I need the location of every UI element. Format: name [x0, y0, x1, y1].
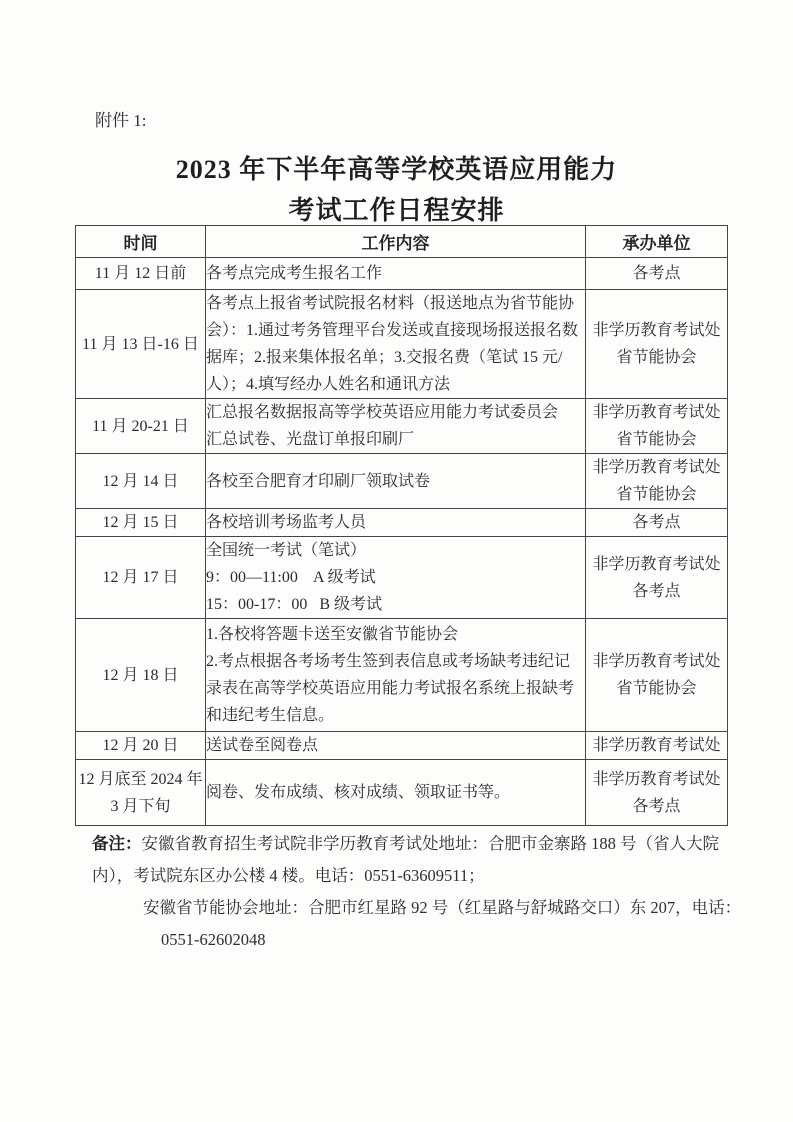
cell-organizer-line: 非学历教育考试处	[586, 454, 727, 481]
cell-work-content-line: 汇总试卷、光盘订单报印刷厂	[206, 426, 585, 453]
cell-organizer-line: 非学历教育考试处	[586, 766, 727, 793]
cell-organizer-line: 各考点	[586, 793, 727, 820]
note-label: 备注：	[92, 834, 142, 853]
cell-organizer-line: 省节能协会	[586, 675, 727, 702]
cell-work-content-line: 各校培训考场监考人员	[206, 509, 585, 536]
notes-section: 备注：安徽省教育招生考试院非学历教育考试处地址：合肥市金寨路 188 号（省人大…	[92, 828, 732, 956]
cell-organizer-line: 各考点	[586, 578, 727, 605]
cell-time-line: 3 月下旬	[76, 793, 205, 820]
cell-work-content: 各考点上报省考试院报名材料（报送地点为省节能协会）：1.通过考务管理平台发送或直…	[206, 290, 586, 399]
cell-organizer-line: 省节能协会	[586, 426, 727, 453]
cell-work-content-line: 2.考点根据各考场考生签到表信息或考场缺考违纪记	[206, 648, 585, 675]
cell-organizer-line: 非学历教育考试处	[586, 648, 727, 675]
cell-work-content-line: 全国统一考试（笔试）	[206, 537, 585, 564]
schedule-table: 时间 工作内容 承办单位 11 月 12 日前各考点完成考生报名工作各考点11 …	[75, 225, 728, 826]
cell-work-content-line: 各考点上报省考试院报名材料（报送地点为省节能协	[206, 290, 585, 317]
attachment-label: 附件 1:	[95, 106, 146, 131]
table-row: 11 月 12 日前各考点完成考生报名工作各考点	[76, 258, 728, 290]
cell-organizer: 非学历教育考试处省节能协会	[586, 619, 728, 732]
cell-work-content-line: 1.各校将答题卡送至安徽省节能协会	[206, 621, 585, 648]
cell-time: 12 月 20 日	[76, 732, 206, 760]
cell-work-content-line: 汇总报名数据报高等学校英语应用能力考试委员会	[206, 399, 585, 426]
cell-time: 11 月 12 日前	[76, 258, 206, 290]
cell-time-line: 12 月底至 2024 年	[76, 766, 205, 793]
cell-time-line: 12 月 20 日	[76, 732, 205, 759]
cell-organizer: 各考点	[586, 509, 728, 537]
table-row: 11 月 20-21 日汇总报名数据报高等学校英语应用能力考试委员会汇总试卷、光…	[76, 399, 728, 454]
table-row: 12 月 20 日送试卷至阅卷点非学历教育考试处	[76, 732, 728, 760]
cell-time: 12 月 17 日	[76, 537, 206, 619]
cell-work-content: 1.各校将答题卡送至安徽省节能协会2.考点根据各考场考生签到表信息或考场缺考违纪…	[206, 619, 586, 732]
cell-work-content: 各校培训考场监考人员	[206, 509, 586, 537]
cell-organizer-line: 非学历教育考试处	[586, 317, 727, 344]
cell-work-content: 阅卷、发布成绩、核对成绩、领取证书等。	[206, 760, 586, 826]
document-title-line2: 考试工作日程安排	[0, 190, 793, 227]
cell-organizer: 非学历教育考试处各考点	[586, 537, 728, 619]
cell-organizer: 非学历教育考试处省节能协会	[586, 290, 728, 399]
cell-organizer-line: 各考点	[586, 260, 727, 287]
cell-work-content-line: 据库；2.报来集体报名单；3.交报名费（笔试 15 元/	[206, 344, 585, 371]
header-work-content: 工作内容	[206, 226, 586, 258]
cell-time-line: 12 月 15 日	[76, 509, 205, 536]
cell-organizer: 各考点	[586, 258, 728, 290]
table-row: 12 月 15 日各校培训考场监考人员各考点	[76, 509, 728, 537]
note-line-4: 0551-62602048	[92, 924, 732, 956]
cell-time-line: 12 月 18 日	[76, 662, 205, 689]
cell-work-content-line: 录表在高等学校英语应用能力考试报名系统上报缺考	[206, 675, 585, 702]
note-line-2: 内），考试院东区办公楼 4 楼。电话：0551-63609511；	[92, 860, 732, 892]
cell-time-line: 11 月 12 日前	[76, 260, 205, 287]
header-organizer: 承办单位	[586, 226, 728, 258]
table-row: 12 月 17 日全国统一考试（笔试）9：00—11:00 A 级考试15：00…	[76, 537, 728, 619]
cell-work-content: 各校至合肥育才印刷厂领取试卷	[206, 454, 586, 509]
table-body: 11 月 12 日前各考点完成考生报名工作各考点11 月 13 日-16 日各考…	[76, 258, 728, 826]
cell-organizer: 非学历教育考试处	[586, 732, 728, 760]
cell-time: 12 月 15 日	[76, 509, 206, 537]
cell-work-content-line: 会）：1.通过考务管理平台发送或直接现场报送报名数	[206, 317, 585, 344]
document-page: 附件 1: 2023 年下半年高等学校英语应用能力 考试工作日程安排 时间 工作…	[0, 0, 793, 1122]
cell-organizer: 非学历教育考试处省节能协会	[586, 454, 728, 509]
cell-work-content: 送试卷至阅卷点	[206, 732, 586, 760]
cell-organizer-line: 非学历教育考试处	[586, 551, 727, 578]
table-row: 12 月 18 日1.各校将答题卡送至安徽省节能协会2.考点根据各考场考生签到表…	[76, 619, 728, 732]
cell-work-content: 汇总报名数据报高等学校英语应用能力考试委员会汇总试卷、光盘订单报印刷厂	[206, 399, 586, 454]
cell-time-line: 12 月 14 日	[76, 468, 205, 495]
table-row: 11 月 13 日-16 日各考点上报省考试院报名材料（报送地点为省节能协会）：…	[76, 290, 728, 399]
note-line-1: 备注：安徽省教育招生考试院非学历教育考试处地址：合肥市金寨路 188 号（省人大…	[92, 828, 732, 860]
cell-work-content-line: 阅卷、发布成绩、核对成绩、领取证书等。	[206, 779, 585, 806]
cell-work-content-line: 人）；4.填写经办人姓名和通讯方法	[206, 371, 585, 398]
table-row: 12 月 14 日各校至合肥育才印刷厂领取试卷非学历教育考试处省节能协会	[76, 454, 728, 509]
cell-work-content-line: 送试卷至阅卷点	[206, 732, 585, 759]
header-time: 时间	[76, 226, 206, 258]
cell-work-content: 各考点完成考生报名工作	[206, 258, 586, 290]
cell-time: 12 月底至 2024 年3 月下旬	[76, 760, 206, 826]
cell-organizer: 非学历教育考试处省节能协会	[586, 399, 728, 454]
cell-organizer-line: 非学历教育考试处	[586, 732, 727, 759]
cell-organizer-line: 各考点	[586, 509, 727, 536]
cell-time: 11 月 13 日-16 日	[76, 290, 206, 399]
cell-work-content: 全国统一考试（笔试）9：00—11:00 A 级考试15：00-17：00 B …	[206, 537, 586, 619]
note-line-3: 安徽省节能协会地址：合肥市红星路 92 号（红星路与舒城路交口）东 207，电话…	[92, 892, 732, 924]
document-title-line1: 2023 年下半年高等学校英语应用能力	[0, 149, 793, 186]
cell-time-line: 11 月 20-21 日	[76, 413, 205, 440]
cell-work-content-line: 15：00-17：00 B 级考试	[206, 591, 585, 618]
cell-organizer-line: 省节能协会	[586, 344, 727, 371]
cell-work-content-line: 各考点完成考生报名工作	[206, 260, 585, 287]
cell-time-line: 11 月 13 日-16 日	[76, 331, 205, 358]
table-row: 12 月底至 2024 年3 月下旬阅卷、发布成绩、核对成绩、领取证书等。非学历…	[76, 760, 728, 826]
cell-time: 12 月 18 日	[76, 619, 206, 732]
cell-organizer-line: 省节能协会	[586, 481, 727, 508]
note-text-1: 安徽省教育招生考试院非学历教育考试处地址：合肥市金寨路 188 号（省人大院	[142, 834, 720, 853]
table-header-row: 时间 工作内容 承办单位	[76, 226, 728, 258]
cell-organizer: 非学历教育考试处各考点	[586, 760, 728, 826]
cell-work-content-line: 9：00—11:00 A 级考试	[206, 564, 585, 591]
cell-organizer-line: 非学历教育考试处	[586, 399, 727, 426]
cell-time-line: 12 月 17 日	[76, 564, 205, 591]
cell-time: 12 月 14 日	[76, 454, 206, 509]
cell-work-content-line: 和违纪考生信息。	[206, 702, 585, 729]
cell-time: 11 月 20-21 日	[76, 399, 206, 454]
cell-work-content-line: 各校至合肥育才印刷厂领取试卷	[206, 468, 585, 495]
